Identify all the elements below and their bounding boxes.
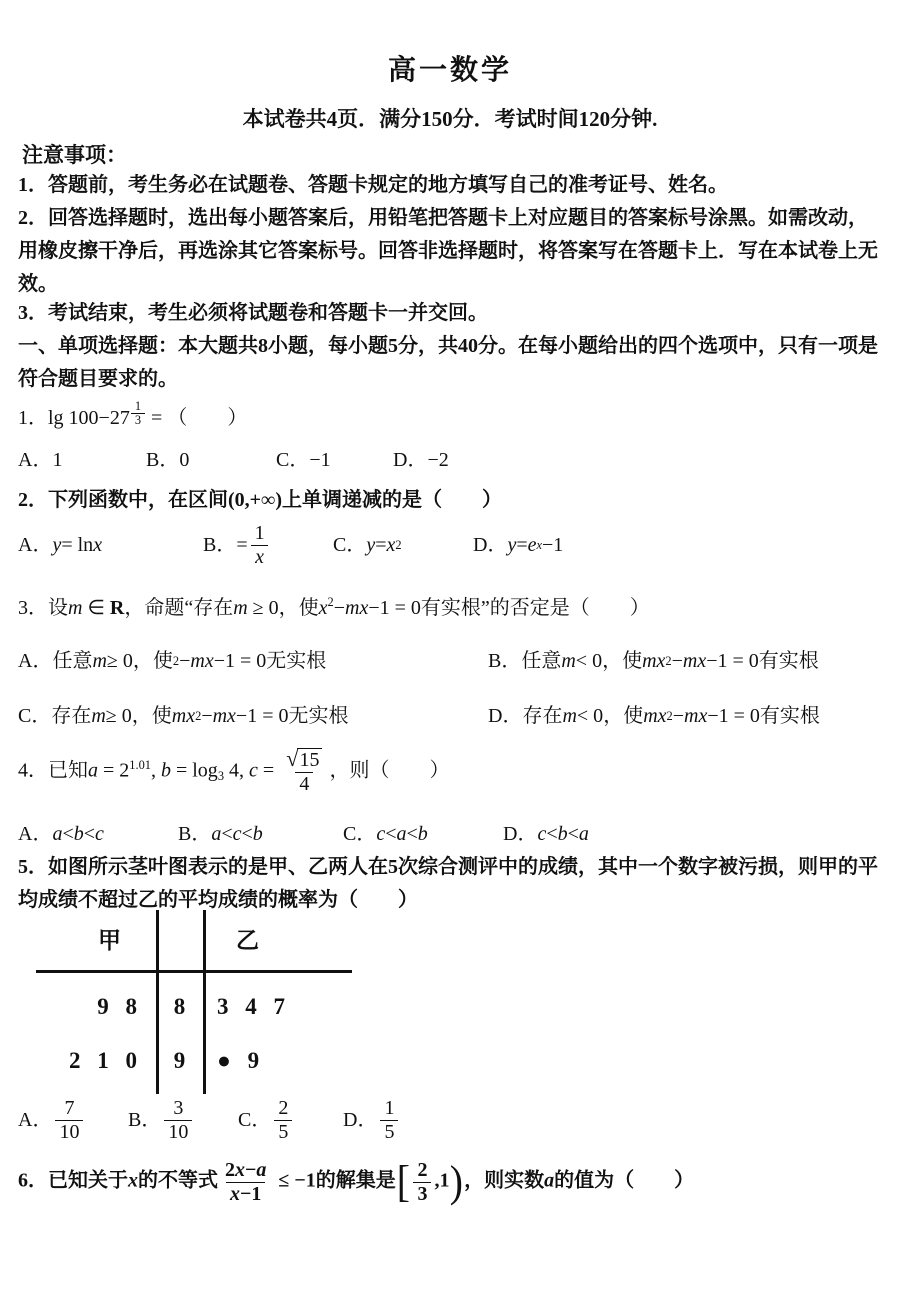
fraction-denominator: 10 [55,1120,83,1144]
math-text: − [334,597,345,619]
radicand: 15 [297,748,322,771]
question-1-option-D: D．−2 [393,444,449,477]
math-text: < [84,818,95,851]
stem-leaf-header-jia: 甲 [98,922,121,955]
math-variable: b [161,760,171,782]
math-variable: mx [643,700,666,733]
math-variable: mx [642,645,665,678]
fraction-numerator: 1 [251,522,269,545]
question-3-option-B: B．任意m < 0，使mx2−mx−1 = 0有实根 [488,645,819,678]
math-variable: mx [684,700,707,733]
fraction-numerator: 1 [131,400,145,413]
math-text: −1 [309,444,330,477]
math-text: 4, [224,760,249,782]
math-text: 1 [255,522,265,544]
option-label: D． [473,529,507,562]
math-variable: mx [683,645,706,678]
math-variable: y [52,529,61,562]
text-run: 的值为（ ） [554,1170,694,1192]
text-run: 5．如图所示茎叶图表示的是甲、乙两人在5次综合测评中的成绩，其中一个数字被污损，… [18,856,878,911]
math-text: −1 = 0 [707,700,760,733]
math-text: < [221,818,232,851]
text-run: 无实根 [266,645,326,678]
text-run: ，使 [603,700,643,733]
math-variable: m [92,645,106,678]
math-text: < 0 [577,700,603,733]
math-fraction: 23 [413,1159,431,1206]
question-4-option-C: C．c < a < b [343,818,503,851]
question-4-option-B: B．a < c < b [178,818,343,851]
text-run: 有实根 [759,645,819,678]
math-text: 2 [417,1159,427,1181]
math-text: < [407,818,418,851]
text-run: ，使 [133,645,173,678]
text-run: 3．设 [18,597,68,619]
math-variable: a [88,760,98,782]
math-variable: a [211,818,221,851]
math-text: < [385,818,396,851]
math-variable: m [562,700,576,733]
math-text: 2 [395,538,401,552]
math-variable: mx [213,700,236,733]
math-text: 4 [299,773,309,795]
question-3-stem: 3．设m ∈ R，命题“存在m ≥ 0，使x2−mx−1 = 0有实根”的否定是… [18,592,884,625]
option-label: A． [18,818,52,851]
math-variable: y [507,529,516,562]
math-text: < 0 [576,645,602,678]
text-run: 存在 [51,700,91,733]
question-2-option-B: B． = 1x [203,522,333,569]
math-text: 2 [225,1159,235,1181]
math-text: ∈ [82,597,109,619]
question-5-option-C: C．25 [238,1097,343,1144]
math-variable: m [233,597,247,619]
notice-item-3: 3．考试结束，考生必须将试题卷和答题卡一并交回。 [18,297,884,330]
math-variable: y [366,529,375,562]
fraction-denominator: x [251,545,268,569]
fraction-denominator: 3 [413,1182,431,1206]
math-text: = [516,529,527,562]
math-text: −1 = 0 [214,645,267,678]
math-variable: a [397,818,407,851]
math-fraction: √154 [282,748,326,796]
question-3-option-A: A．任意m ≥ 0，使2−mx−1 = 0无实根 [18,645,488,678]
math-variable: x [230,1183,240,1205]
option-label: C． [343,818,376,851]
option-label: B． [488,645,521,678]
text-run: 有实根 [760,700,820,733]
fraction-denominator: 10 [164,1120,192,1144]
text-run: 1． [18,407,48,429]
fraction-numerator: √15 [282,748,326,772]
math-fraction: 15 [380,1097,398,1144]
option-label: C． [276,444,309,477]
math-text: (0,+∞) [228,489,282,511]
math-variable: a [579,818,589,851]
text-run: 上单调递减的是（ ） [282,489,502,511]
fraction-numerator: 7 [60,1097,78,1120]
math-text: −2 [427,444,448,477]
fraction-numerator: 2 [413,1159,431,1182]
math-variable: b [558,818,568,851]
text-run: 2．下列函数中，在区间 [18,489,228,511]
math-variable: x [128,1170,138,1192]
superscript: 2 [395,539,401,551]
big-bracket: ) [450,1158,463,1206]
option-label: B． [178,818,211,851]
text-run: 存在 [522,700,562,733]
text-run: ，使 [132,700,172,733]
page-title: 高一数学 [0,48,900,88]
math-text: ≤ −1 [273,1170,315,1192]
page-subtitle: 本试卷共4页．满分150分．考试时间120分钟. [0,103,900,133]
math-text: ,1 [434,1170,449,1192]
fraction-denominator: x−1 [226,1182,265,1206]
math-text: 3 [135,413,141,427]
math-variable: m [91,700,105,733]
fraction-numerator: 2x−a [221,1159,270,1182]
option-label: D． [503,818,537,851]
text-run: 的不等式 [138,1170,218,1192]
math-text: ≥ 0 [107,645,133,678]
text-run: 无实根 [288,700,348,733]
math-text: = [258,760,279,782]
math-bold-symbol: R [110,597,124,619]
math-variable: x [255,546,264,568]
stem-leaf-row1-stem: 8 [157,994,203,1020]
question-5-option-D: D．15 [343,1097,401,1144]
option-label: D． [393,444,427,477]
option-label: A． [18,1104,52,1137]
question-5-options-row-1: A．710B．310C．25D．15 [18,1097,884,1144]
option-label: B． [128,1104,161,1137]
text-run: ，则（ ） [329,760,449,782]
fraction-numerator: 1 [380,1097,398,1120]
question-5-stem: 5．如图所示茎叶图表示的是甲、乙两人在5次综合测评中的成绩，其中一个数字被污损，… [18,851,884,917]
superscript: 1.01 [129,759,151,771]
math-text: 1.01 [129,758,151,772]
math-variable: m [561,645,575,678]
math-variable: c [537,818,546,851]
stem-leaf-row2-right-leaves: ● 9 [217,1048,351,1074]
text-run: ，使 [279,597,319,619]
math-text: , [151,760,161,782]
question-3-option-D: D．存在m < 0，使mx2−mx−1 = 0有实根 [488,700,820,733]
math-variable: mx [190,645,213,678]
text-run: 4．已知 [18,760,88,782]
math-text: 5 [278,1121,288,1143]
option-label: D． [343,1104,377,1137]
math-text: −1 [542,529,563,562]
math-text: 1 [384,1097,394,1119]
option-label: D． [488,700,522,733]
stem-leaf-header-yi: 乙 [236,922,259,955]
question-4-option-D: D．c < b < a [503,818,589,851]
question-6-stem: 6．已知关于x的不等式2x−ax−1 ≤ −1的解集是[23,1)，则实数a的值… [18,1158,884,1206]
math-variable: e [528,529,537,562]
math-text: 5 [384,1121,394,1143]
math-fraction: 710 [55,1097,83,1144]
text-run: ，命题“存在 [124,597,233,619]
question-1-option-B: B．0 [146,444,276,477]
question-1-options-row-1: A．1B．0C．−1D．−2 [18,444,884,477]
question-3-options-row-1: A．任意m ≥ 0，使2−mx−1 = 0无实根B．任意m < 0，使mx2−m… [18,645,884,678]
math-variable: b [74,818,84,851]
math-fraction: 25 [274,1097,292,1144]
math-text: < [242,818,253,851]
option-label: A． [18,444,52,477]
math-text: lg 100−27 [48,407,130,429]
question-1-stem: 1．lg 100−2713 = （ ） [18,400,884,435]
option-label: B． [146,444,179,477]
math-text: 10 [59,1121,79,1143]
stem-leaf-figure: 甲 乙 9 8 8 3 4 7 2 1 0 9 ● 9 [36,910,352,1094]
question-2-option-A: A．y = ln x [18,529,203,562]
math-text: = log [171,760,218,782]
question-5-option-A: A．710 [18,1097,128,1144]
math-text: < [546,818,557,851]
question-2-options-row-1: A．y = ln xB． = 1xC．y = x2D．y = ex−1 [18,522,884,569]
option-label: A． [18,645,52,678]
fraction-denominator: 3 [131,413,145,427]
stem-leaf-row1-right-leaves: 3 4 7 [217,994,351,1020]
math-variable: c [233,818,242,851]
math-variable: a [52,818,62,851]
text-run: ，则实数 [464,1170,544,1192]
stem-leaf-header-line [36,970,352,973]
math-radical: √15 [286,748,322,771]
stem-leaf-row1-left-leaves: 9 8 [36,994,138,1020]
math-text: 10 [168,1121,188,1143]
math-text: ≥ 0 [106,700,132,733]
math-variable: b [418,818,428,851]
math-text: = [375,529,386,562]
option-label: C． [238,1104,271,1137]
fraction-denominator: 4 [295,772,313,796]
math-text: − [201,700,212,733]
math-variable: a [256,1159,266,1181]
math-text: −1 = 0 [236,700,289,733]
question-1-option-A: A．1 [18,444,146,477]
math-text: − [672,645,683,678]
fraction-denominator: 5 [380,1120,398,1144]
math-text: = ln [61,529,93,562]
math-variable: m [68,597,82,619]
math-text: = [146,407,167,429]
math-text: 2 [278,1097,288,1119]
math-variable: x [319,597,328,619]
math-variable: a [544,1170,554,1192]
fraction-denominator: 5 [274,1120,292,1144]
text-run: （ ） [167,407,247,429]
fraction-numerator: 2 [274,1097,292,1120]
text-run: 任意 [52,645,92,678]
math-text: 15 [299,749,319,771]
math-variable: b [253,818,263,851]
math-text: ≥ 0 [248,597,279,619]
fraction-numerator: 3 [169,1097,187,1120]
math-text: −1 = 0 [706,645,759,678]
question-3-options-row-2: C．存在m ≥ 0，使mx2−mx−1 = 0无实根D．存在m < 0，使mx2… [18,700,884,733]
stem-column-right-line [203,910,206,1094]
exam-paper-page: 高一数学 本试卷共4页．满分150分．考试时间120分钟. 注意事项： 1．答题… [0,0,900,1290]
math-text: 7 [64,1097,74,1119]
math-text: 3 [417,1183,427,1205]
math-fraction: 310 [164,1097,192,1144]
text-run: 6．已知关于 [18,1170,128,1192]
math-text: − [673,700,684,733]
question-4-stem: 4．已知a = 21.01, b = log3 4, c = √154，则（ ） [18,748,884,796]
math-text: = 2 [98,760,129,782]
question-4-option-A: A．a < b < c [18,818,178,851]
option-label: A． [18,529,52,562]
math-text: −1 [240,1183,261,1205]
option-label: C． [333,529,366,562]
math-text: 1 [135,399,141,413]
question-5-option-B: B．310 [128,1097,238,1144]
math-fraction: 2x−ax−1 [221,1159,270,1206]
math-text: < [62,818,73,851]
math-variable: mx [345,597,368,619]
stem-leaf-row2-left-leaves: 2 1 0 [36,1048,138,1074]
text-run: 的解集是 [316,1170,396,1192]
math-variable: x [387,529,396,562]
notice-item-1: 1．答题前，考生务必在试题卷、答题卡规定的地方填写自己的准考证号、姓名。 [18,169,884,202]
text-run: 有实根”的否定是（ ） [421,597,650,619]
math-variable: x [235,1159,245,1181]
option-label: B． [203,529,236,562]
math-variable: c [376,818,385,851]
text-run: 任意 [521,645,561,678]
question-4-options-row-1: A．a < b < cB．a < c < bC．c < a < bD．c < b… [18,818,884,851]
superscript: 13 [130,400,146,427]
stem-leaf-row2-stem: 9 [157,1048,203,1074]
question-2-stem: 2．下列函数中，在区间(0,+∞)上单调递减的是（ ） [18,484,884,517]
math-text: 1 [52,444,62,477]
question-2-option-D: D．y = ex−1 [473,529,563,562]
question-2-option-C: C．y = x2 [333,529,473,562]
option-label: C． [18,700,51,733]
math-text: − [245,1159,256,1181]
math-text: = [236,529,247,562]
math-variable: c [95,818,104,851]
math-text: 0 [179,444,189,477]
notice-heading: 注意事项： [22,139,127,169]
math-variable: c [249,760,258,782]
math-variable: mx [172,700,195,733]
section-one-heading: 一、单项选择题：本大题共8小题，每小题5分，共40分。在每小题给出的四个选项中，… [18,330,884,396]
text-run: ，使 [602,645,642,678]
math-text: −1 = 0 [368,597,421,619]
math-variable: x [93,529,102,562]
math-text: < [568,818,579,851]
question-1-option-C: C．−1 [276,444,393,477]
math-fraction: 13 [131,400,145,427]
math-text: 3 [173,1097,183,1119]
notice-item-2: 2．回答选择题时，选出每小题答案后，用铅笔把答题卡上对应题目的答案标号涂黑。如需… [18,202,884,301]
big-bracket: [ [397,1158,410,1206]
question-3-option-C: C．存在m ≥ 0，使mx2−mx−1 = 0无实根 [18,700,488,733]
math-text: − [179,645,190,678]
math-fraction: 1x [251,522,269,569]
